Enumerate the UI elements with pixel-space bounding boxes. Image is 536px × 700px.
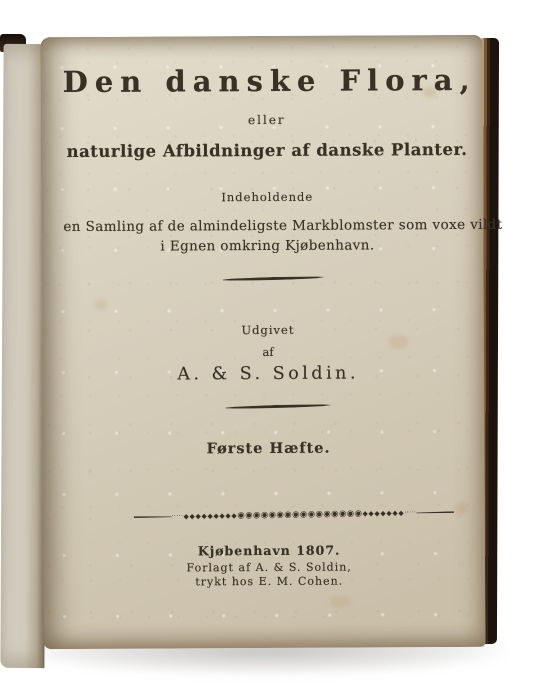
title-connector: eller (63, 112, 471, 128)
book-subtitle: naturlige Afbildninger af danske Planter… (63, 140, 471, 161)
published-label: Udgivet (64, 322, 472, 338)
ornament-diamonds-right: ◆◆◆◆◆◆◆ (362, 510, 404, 518)
ornamental-chain-rule: ····· ◆◆◆◆◆◆◆◆◆ ◉◉◉◉◉◉◉◉◉◉◉◉◉◉◉◉ ◆◆◆◆◆◆◆… (119, 506, 469, 523)
book-title: Den danske Flora, (63, 63, 471, 99)
ornament-rings: ◉◉◉◉◉◉◉◉◉◉◉◉◉◉◉◉ (237, 510, 362, 520)
imprint-printer-line: trykt hos E. M. Cohen. (65, 574, 473, 589)
volume-label: Første Hæfte. (65, 439, 473, 458)
swelled-rule-lower (225, 404, 331, 410)
foxing-stain (329, 596, 351, 608)
title-page: Den danske Flora, eller naturlige Afbild… (40, 35, 485, 649)
ornament-ticks-left: ····· (171, 514, 183, 520)
publisher-name: A. & S. Soldin. (64, 363, 472, 385)
imprint-place-year: Kjøbenhavn 1807. (65, 542, 473, 559)
ornament-ticks-right: ····· (404, 510, 416, 516)
published-by-label: af (64, 344, 472, 360)
ornament-taper-line-left (133, 515, 171, 519)
ornament-taper-line-right (416, 511, 454, 515)
contents-description-line1: en Samling af de almindeligste Markbloms… (63, 217, 471, 235)
foxing-stain (94, 299, 108, 311)
contains-label: Indeholdende (63, 189, 471, 205)
photo-background: Den danske Flora, eller naturlige Afbild… (0, 0, 536, 700)
contents-description-line2: i Egnen omkring Kjøbenhavn. (63, 237, 471, 255)
imprint-publisher-line: Forlagt af A. & S. Soldin, (65, 560, 473, 575)
swelled-rule-upper (223, 276, 325, 282)
ornament-diamonds-left: ◆◆◆◆◆◆◆◆◆ (183, 512, 237, 520)
